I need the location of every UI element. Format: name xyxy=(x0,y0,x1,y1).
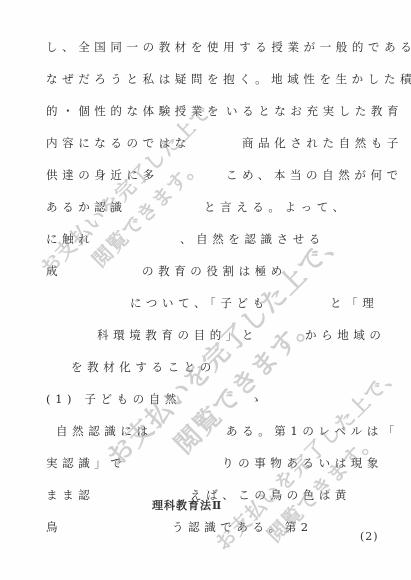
text-segment: と「理 xyxy=(330,296,378,310)
text-segment: 供達の身近に多 xyxy=(46,168,159,182)
text-segment: に触れ xyxy=(46,232,94,246)
text-segment: 科環境教育の目的」と xyxy=(97,328,258,342)
page-number: (2) xyxy=(360,530,379,543)
text-segment: の教育の役割は極め xyxy=(142,264,287,278)
text-segment: と言える。よって、 xyxy=(204,200,349,214)
text-segment: 鳥 xyxy=(46,520,62,534)
text-segment: りの事物あるいは現象 xyxy=(222,456,383,470)
text-segment: 、自然を認識させる xyxy=(180,232,325,246)
text-segment: 自然認識には xyxy=(56,424,153,438)
text-segment: いるとなお充実した教育 xyxy=(226,104,403,118)
text-segment: 成 xyxy=(46,264,62,278)
text-segment: (1) 子どもの自然 xyxy=(46,392,181,406)
watermark-line-1: お支払いを完了した上で、 xyxy=(32,97,215,280)
text-segment: ゝ xyxy=(250,392,266,406)
text-segment: し、全国同一の教材を使用する授業が一般的であるのは、 xyxy=(46,40,411,54)
text-segment: を教材化することの xyxy=(71,360,216,374)
text-segment: ある。第1のレベルは「 xyxy=(226,424,399,438)
text-segment: 実認識」で xyxy=(46,456,127,470)
text-segment: こめ、本当の自然が何で xyxy=(226,168,403,182)
watermark-line-2: 閲覧できます。 xyxy=(229,394,411,577)
text-segment: について、「子ども xyxy=(130,296,269,310)
text-segment: 内容になるのではな xyxy=(46,136,191,150)
watermark-lower-right: お支払いを完了した上で、 閲覧できます。 xyxy=(207,372,411,577)
text-segment: う認識である。第2 xyxy=(172,520,313,534)
document-page: し、全国同一の教材を使用する授業が一般的であるのは、なぜだろうと私は疑問を抱く。… xyxy=(0,0,411,580)
footer-course-title: 理科教育法Ⅱ xyxy=(152,497,222,513)
text-segment: なぜだろうと私は疑問を抱く。地域性を生かした積極 xyxy=(46,72,411,86)
text-segment: から地域の xyxy=(305,328,386,342)
text-segment: まま認 xyxy=(46,488,94,502)
text-segment: 的・個性的な体験授業を xyxy=(46,104,223,118)
text-segment: あるか認識 xyxy=(46,200,127,214)
text-segment: 商品化された自然も子 xyxy=(242,136,403,150)
